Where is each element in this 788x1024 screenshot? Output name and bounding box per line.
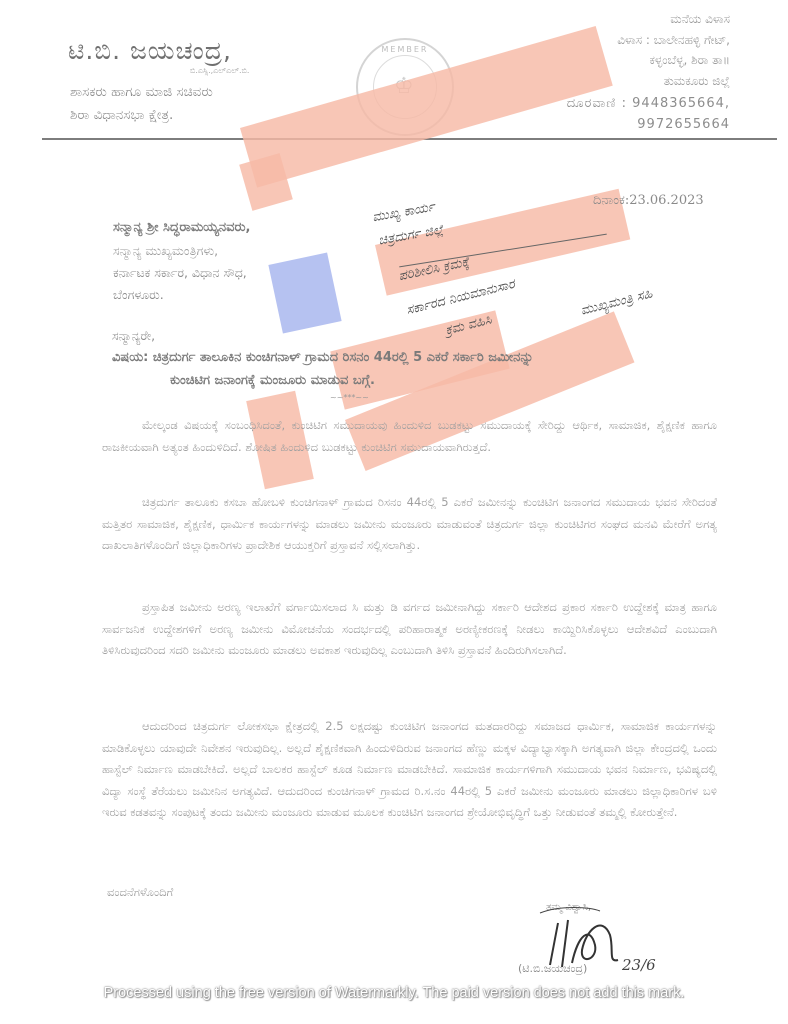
- watermark-footer: Processed using the free version of Wate…: [0, 985, 788, 1001]
- seal-text: MEMBER: [358, 45, 452, 54]
- phone-1: ದೂರವಾಣಿ : 9448365664,: [567, 96, 730, 111]
- subject-line-2: ಕುಂಚಿಟಿಗ ಜನಾಂಗಕ್ಕೆ ಮಂಜೂರು ಮಾಡುವ ಬಗ್ಗೆ.: [170, 373, 375, 388]
- body-paragraph-4: ಆದುದರಿಂದ ಚಿತ್ರದುರ್ಗ ಲೋಕಸಭಾ ಕ್ಷೇತ್ರದಲ್ಲಿ …: [102, 716, 717, 824]
- address-line-3: ತುಮಕೂರು ಜಿಲ್ಲೆ: [664, 74, 730, 89]
- address-line-1: ವಿಳಾಸ : ಬಾಲೇನಹಳ್ಳಿ ಗೇಟ್,: [617, 33, 730, 48]
- body-paragraph-1: ಮೇಲ್ಕಂಡ ವಿಷಯಕ್ಕೆ ಸಂಬಂಧಿಸಿದಂತೆ, ಕುಂಚಿಟಿಗ …: [102, 415, 717, 458]
- letterhead-title-2: ಶಿರಾ ವಿಧಾನಸಭಾ ಕ್ಷೇತ್ರ.: [70, 107, 173, 123]
- body-paragraph-3: ಪ್ರಸ್ತಾಪಿತ ಜಮೀನು ಅರಣ್ಯ ಇಲಾಖೆಗೆ ವರ್ಗಾಯಿಸಲ…: [102, 597, 717, 662]
- handwritten-note-6: ಮುಖ್ಯಮಂತ್ರಿ ಸಹಿ: [579, 286, 654, 318]
- address-line-2: ಕಳ್ಳಂಬೆಳ್ಳ, ಶಿರಾ ತಾ॥: [650, 53, 730, 68]
- subject-separator: ~~***~~: [330, 393, 369, 402]
- letterhead-name: ಟಿ.ಬಿ. ಜಯಚಂದ್ರ,: [68, 36, 232, 66]
- addressee-line-2: ಸನ್ಮಾನ್ಯ ಮುಖ್ಯಮಂತ್ರಿಗಳು,: [113, 243, 218, 259]
- letterhead-degree: ಬಿ.ಎಸ್ಸಿ.,ಎಲ್‌ಎಲ್.ಬಿ.: [190, 66, 249, 76]
- letterhead-title-1: ಶಾಸಕರು ಹಾಗೂ ಮಾಜಿ ಸಚಿವರು: [70, 84, 213, 100]
- addressee-line-3: ಕರ್ನಾಟಕ ಸರ್ಕಾರ, ವಿಧಾನ ಸೌಧ,: [113, 265, 247, 281]
- addressee-line-1: ಸನ್ಮಾನ್ಯ ಶ್ರೀ ಸಿದ್ಧರಾಮಯ್ಯನವರು,: [113, 220, 250, 235]
- address-label: ಮನೆಯ ವಿಳಾಸ: [670, 12, 730, 27]
- phone-2: 9972655664: [637, 117, 730, 132]
- handwritten-note-1: ಮುಖ್ಯ ಕಾರ್ಯ: [371, 200, 436, 226]
- signature-name: (ಟಿ.ಬಿ.ಜಯಚಂದ್ರ): [518, 962, 587, 976]
- letter-date: ದಿನಾಂಕ:23.06.2023: [593, 193, 704, 208]
- closing: ವಂದನೆಗಳೊಂದಿಗೆ: [107, 885, 173, 900]
- watermark-square: [268, 253, 341, 334]
- subject-line-1: ವಿಷಯ: ಚಿತ್ರದುರ್ಗ ತಾಲೂಕಿನ ಕುಂಚಿಗನಾಳ್ ಗ್ರಾ…: [112, 350, 534, 365]
- signature-date-note: 23/6: [622, 956, 656, 974]
- salutation: ಸನ್ಮಾನ್ಯರೇ,: [112, 328, 155, 344]
- body-paragraph-2: ಚಿತ್ರದುರ್ಗ ತಾಲೂಕು ಕಸಬಾ ಹೋಬಳಿ ಕುಂಚಿಗನಾಳ್ …: [102, 492, 717, 557]
- addressee-line-4: ಬೆಂಗಳೂರು.: [113, 287, 164, 303]
